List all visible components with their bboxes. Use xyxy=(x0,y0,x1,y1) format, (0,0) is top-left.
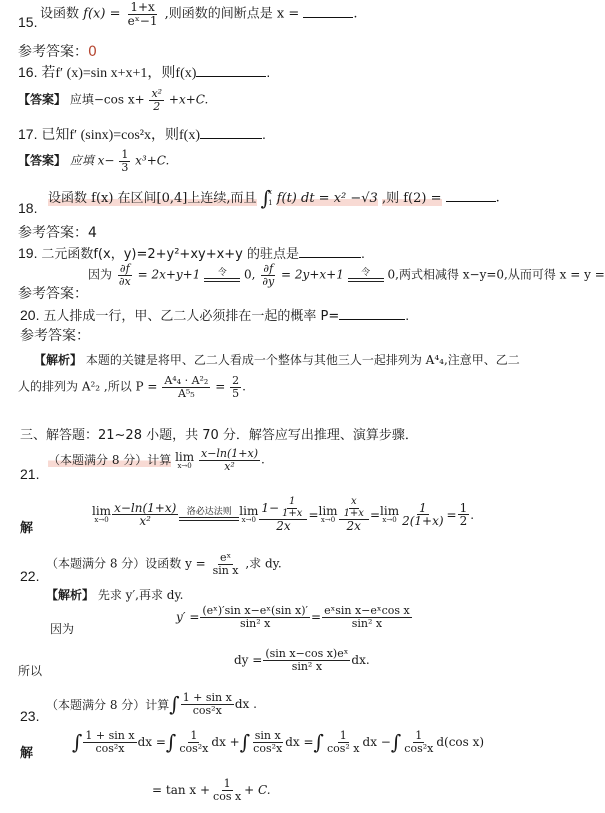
q22-dy-num: (sin x−cos x)eˣ xyxy=(263,648,350,661)
q15-answer-blank[interactable] xyxy=(303,17,353,18)
q20-p-end: . xyxy=(242,380,246,394)
q17-number: 17. xyxy=(18,126,37,142)
double-bar-icon xyxy=(179,517,239,521)
q21-s1-den: x² xyxy=(137,515,153,528)
q15-period: . xyxy=(353,7,357,22)
q23-dx-4: dx xyxy=(363,735,377,749)
q21-lim-sub: x→0 xyxy=(177,463,191,470)
q23-final-post: + C. xyxy=(244,783,270,797)
q18-text: 设函数 f(x) 在区间[0,4]上连续,而且 xyxy=(48,191,257,206)
q19-partial-x: ∂f ∂x xyxy=(117,263,133,287)
q17-answer-tag: 【答案】 xyxy=(18,154,66,168)
q18-integral: ∫ x 1 xyxy=(261,186,273,210)
q22-s2-num: eˣsin x−eˣcos x xyxy=(322,605,412,618)
q22-frac-den: sin x xyxy=(211,565,241,577)
q18-text-post: ,则 f(2) = xyxy=(382,191,442,206)
q21-result: 1 2 xyxy=(458,502,470,528)
q15-frac-num: 1+x xyxy=(128,1,156,15)
q21-fraction: x−ln(1+x) x² xyxy=(199,448,260,472)
integral-sign-icon: ∫ xyxy=(72,730,82,754)
q21-s3-lim: limx→0 xyxy=(319,505,338,524)
q22-s1-num: (eˣ)′sin x−eˣ(sin x)′ xyxy=(200,605,310,618)
q18-question: 设函数 f(x) 在区间[0,4]上连续,而且 ∫ x 1 f(t) dt = … xyxy=(48,186,500,210)
q16-question: 16. 若f′ (x)=sin x+x+1，则f(x). xyxy=(18,62,270,82)
q21-frac-num: x−ln(1+x) xyxy=(199,448,260,461)
q18-number: 18. xyxy=(18,200,37,216)
q19-sol-pre: 因为 xyxy=(88,268,112,282)
q23-final-fraction: 1cos x xyxy=(211,778,243,802)
q17-frac-den: 3 xyxy=(119,162,130,174)
q17-answer: 【答案】 应填 x− 1 3 x³+C. xyxy=(18,149,169,173)
q21-s2-lim: limx→0 xyxy=(239,505,258,524)
q23-final-num: 1 xyxy=(222,778,233,791)
q16-answer-post: +x+C. xyxy=(169,93,208,107)
q20-p-eq: = xyxy=(215,380,225,394)
q23-final: = tan x + 1cos x + C. xyxy=(152,778,271,802)
integral-sign-icon: ∫ xyxy=(240,730,250,754)
q19-zero2: 0,两式相减得 x−y=0,从而可得 x = y = − xyxy=(388,268,605,282)
q19-d2-num: ∂f xyxy=(261,263,275,276)
q18-answer: 参考答案：4 xyxy=(18,222,97,242)
q22-dy-end: dx. xyxy=(351,653,369,667)
q21-s3-inner-num: x xyxy=(349,497,359,509)
q23-t1: 1 + sin xcos²x xyxy=(83,730,136,754)
q17-answer-post: x³+C. xyxy=(135,154,169,168)
q21-frac-den: x² xyxy=(222,461,237,473)
q20-answer-label: 参考答案： xyxy=(20,325,90,345)
q22-fraction: eˣ sin x xyxy=(211,552,241,576)
q21-s3-num: x 1+x xyxy=(339,497,369,520)
q23-t1-den: cos²x xyxy=(93,743,126,755)
q15-fx: f(x) = xyxy=(83,7,120,22)
q15-answer: 参考答案：0 xyxy=(18,41,97,61)
q22-dy-fraction: (sin x−cos x)eˣ sin² x xyxy=(263,648,350,672)
q23-number: 23. xyxy=(20,708,39,724)
q19-ling-1: 令 xyxy=(218,269,227,278)
q20-analysis-tag: 【解析】 xyxy=(34,353,82,367)
q21-limit: lim x→0 xyxy=(175,451,194,470)
double-bar-icon xyxy=(204,278,240,282)
section3-heading: 三、解答题：21~28 小题，共 70 分．解答应写出推理、演算步骤． xyxy=(20,424,418,443)
q23-t3: sin xcos²x xyxy=(251,730,284,754)
q22-analysis-text: 先求 y′,再求 dy. xyxy=(98,588,184,602)
q15-frac-den: eˣ−1 xyxy=(126,15,160,28)
q21-lim: lim xyxy=(175,451,194,463)
q16-answer: 【答案】 应填−cos x+ x² 2 +x+C. xyxy=(18,88,208,112)
q17-answer-blank[interactable] xyxy=(200,138,262,139)
q15-answer-value: 0 xyxy=(88,44,97,60)
q23-t4-num: 1 xyxy=(338,730,349,743)
q21-s2-den: 2x xyxy=(274,520,292,533)
q17-answer-fraction: 1 3 xyxy=(119,149,130,173)
q21-lim-sub-1: x→0 xyxy=(94,517,108,524)
q16-text: 若f′ (x)=sin x+x+1，则f(x) xyxy=(41,66,196,81)
q20-probability-fraction: A⁴₄ · A²₂ A⁵₅ xyxy=(162,375,210,399)
q22-dy: dy = (sin x−cos x)eˣ sin² x dx. xyxy=(234,648,370,672)
q23-eq-2: = xyxy=(303,735,313,749)
q18-answer-value: 4 xyxy=(88,225,97,241)
q19-d2-den: ∂y xyxy=(260,276,276,288)
q23-t2-num: 1 xyxy=(188,730,199,743)
q17-frac-num: 1 xyxy=(119,149,130,162)
q17-text: 已知f′ (sinx)=cos²x，则f(x) xyxy=(41,128,200,143)
q23-t2-den: cos²x xyxy=(177,743,210,755)
q23-score: （本题满分 8 分）计算 xyxy=(46,696,169,713)
q21-score: （本题满分 8 分）计算 xyxy=(48,453,171,467)
q21-s3-den: 2x xyxy=(345,520,363,533)
q23-solution-label: 解 xyxy=(20,742,33,761)
q23-end: dx . xyxy=(235,697,257,711)
q23-t5-den: cos²x xyxy=(402,743,435,755)
q23-frac-den: cos²x xyxy=(191,705,224,717)
q20-analysis-line1: 本题的关键是将甲、乙二人看成一个整体与其他三人一起排列为 A⁴₄,注意甲、乙二 xyxy=(86,353,520,367)
q23-t4-den: cos² x xyxy=(325,743,362,755)
q21-res-den: 2 xyxy=(458,515,470,528)
q21-eq-3: = xyxy=(447,508,457,522)
q19-solution: 因为 ∂f ∂x = 2x+y+1 令 0, ∂f ∂y = 2y+x+1 令 … xyxy=(88,263,605,287)
q21-s2-inner-num: 1 xyxy=(287,497,297,509)
q22-number: 22. xyxy=(20,568,39,584)
q23-t3-den: cos²x xyxy=(251,743,284,755)
q20-answer-blank[interactable] xyxy=(339,319,405,320)
q21-s1-lim: limx→0 xyxy=(92,505,111,524)
q21-s2-inner: 1 1+x xyxy=(280,497,304,519)
q21-s2-num: 1− 1 1+x xyxy=(259,497,307,520)
q21-s4-lim: limx→0 xyxy=(380,505,399,524)
q16-period: . xyxy=(266,64,270,80)
q21-eq-2: = xyxy=(370,508,380,522)
q20-text: 五人排成一行，甲、乙二人必须排在一起的概率 P= xyxy=(43,309,339,324)
q19-answer-blank[interactable] xyxy=(299,257,361,258)
q22-derivative: y′ = (eˣ)′sin x−eˣ(sin x)′ sin² x = eˣsi… xyxy=(176,605,413,629)
q15-question: 设函数 f(x) = 1+x eˣ−1 ,则函数的间断点是 x = . xyxy=(40,1,358,27)
q16-frac-num: x² xyxy=(149,88,164,101)
integral-sign-icon: ∫ xyxy=(166,730,176,754)
q21-s4-num: 1 xyxy=(417,502,429,516)
q23-plus: + xyxy=(230,735,240,749)
q19-text: 二元函数f(x，y)=2+y²+xy+x+y 的驻点是 xyxy=(41,247,299,262)
q23-t5: 1cos²x xyxy=(402,730,435,754)
q20-period: . xyxy=(405,307,409,323)
q22-s2-den: sin² x xyxy=(350,618,384,630)
q20-p-result: 2 5 xyxy=(230,375,241,399)
q23-fraction: 1 + sin x cos²x xyxy=(181,692,234,716)
integral-sign-icon: ∫ xyxy=(391,730,401,754)
q22-dy-den: sin² x xyxy=(290,661,324,673)
q21-step4: 1 2(1+x) xyxy=(400,502,445,528)
q21-lim-sub-4: x→0 xyxy=(382,517,396,524)
q18-answer-label: 参考答案： xyxy=(18,225,88,241)
q22-eq: = xyxy=(311,610,321,624)
q16-number: 16. xyxy=(18,64,37,80)
q20-analysis-line2: 人的排列为 A²₂ ,所以 P = xyxy=(18,380,158,394)
q19-question: 19. 二元函数f(x，y)=2+y²+xy+x+y 的驻点是. xyxy=(18,243,365,262)
q21-rule: 洛必达法则 xyxy=(187,508,232,517)
q21-question: （本题满分 8 分）计算 lim x→0 x−ln(1+x) x² . xyxy=(48,448,265,472)
q20-p-res-num: 2 xyxy=(230,375,241,388)
q21-s4-den: 2(1+x) xyxy=(400,515,445,528)
q15-text-post: ,则函数的间断点是 x = xyxy=(165,7,300,22)
q18-period: . xyxy=(496,191,500,206)
q16-answer-fraction: x² 2 xyxy=(149,88,164,112)
q23-t4: 1cos² x xyxy=(325,730,362,754)
q23-dcos: d(cos x) xyxy=(436,735,484,749)
q22-frac-num: eˣ xyxy=(218,552,233,565)
q21-res-num: 1 xyxy=(458,502,470,516)
q18-answer-blank[interactable] xyxy=(446,201,496,202)
q23-minus: − xyxy=(381,735,391,749)
q20-analysis: 【解析】 本题的关键是将甲、乙二人看成一个整体与其他三人一起排列为 A⁴₄,注意… xyxy=(34,351,520,368)
q21-s1-num: x−ln(1+x) xyxy=(112,502,178,516)
q19-d1-num: ∂f xyxy=(118,263,132,276)
q18-int-bounds: x 1 xyxy=(268,187,272,209)
q21-solution: limx→0 x−ln(1+x) x² 洛必达法则 limx→0 1− 1 1+… xyxy=(92,497,474,533)
q22-step2: eˣsin x−eˣcos x sin² x xyxy=(322,605,412,629)
q21-res-end: . xyxy=(470,508,474,522)
q23-t1-num: 1 + sin x xyxy=(83,730,136,743)
q19-eq1: = 2x+y+1 xyxy=(138,268,201,282)
q22-s1-den: sin² x xyxy=(238,618,272,630)
q21-s2-inner-den: 1+x xyxy=(280,509,304,520)
q16-answer-blank[interactable] xyxy=(196,76,266,77)
q18-int-upper: x xyxy=(268,187,272,198)
integral-sign-icon: ∫ xyxy=(169,692,179,716)
q22-analysis: 【解析】 先求 y′,再求 dy. xyxy=(46,586,183,603)
q20-number: 20. xyxy=(20,307,39,323)
q16-answer-tag: 【答案】 xyxy=(18,93,66,107)
q23-t3-num: sin x xyxy=(253,730,283,743)
q18-int-lower: 1 xyxy=(268,198,272,209)
q23-t2: 1cos²x xyxy=(177,730,210,754)
integral-sign-icon: ∫ xyxy=(314,730,324,754)
q19-answer-label: 参考答案： xyxy=(18,283,88,303)
q20-p-res-den: 5 xyxy=(230,388,241,400)
q23-dx-1: dx xyxy=(138,735,152,749)
q17-period: . xyxy=(262,126,266,142)
q18-integrand: f(t) dt = x² −√3 xyxy=(277,191,378,206)
q19-number: 19. xyxy=(18,245,37,261)
q19-period: . xyxy=(361,245,365,261)
q19-let-equals-1: 令 xyxy=(204,269,240,282)
q21-s2-num-top: 1− xyxy=(261,502,279,515)
q19-partial-y: ∂f ∂y xyxy=(260,263,276,287)
q22-question: （本题满分 8 分）设函数 y = eˣ sin x ,求 dy. xyxy=(46,552,282,576)
q15-text: 设函数 xyxy=(40,7,79,22)
q19-zero1: 0, xyxy=(244,268,255,282)
q23-frac-num: 1 + sin x xyxy=(181,692,234,705)
q23-final-den: cos x xyxy=(211,791,243,803)
q15-answer-label: 参考答案： xyxy=(18,44,88,60)
q17-answer-pre: 应填 x− xyxy=(70,154,115,168)
q23-solution: ∫ 1 + sin xcos²x dx = ∫ 1cos²x dx + ∫ si… xyxy=(72,730,484,754)
q20-p-num: A⁴₄ · A²₂ xyxy=(162,375,210,388)
q16-frac-den: 2 xyxy=(151,101,162,113)
q17-question: 17. 已知f′ (sinx)=cos²x，则f(x). xyxy=(18,124,266,144)
q15-number: 15. xyxy=(18,14,37,30)
q23-question: （本题满分 8 分）计算 ∫ 1 + sin x cos²x dx . xyxy=(46,692,257,716)
q15-fraction: 1+x eˣ−1 xyxy=(126,1,160,27)
q20-question: 20. 五人排成一行，甲、乙二人必须排在一起的概率 P=. xyxy=(20,305,409,324)
double-bar-icon xyxy=(348,278,384,282)
q23-final-pre: = tan x + xyxy=(152,783,210,797)
q21-end: . xyxy=(261,453,265,467)
q21-number: 21. xyxy=(20,466,39,482)
q20-p-den: A⁵₅ xyxy=(176,388,197,400)
q21-lim-sub-2: x→0 xyxy=(242,517,256,524)
q23-dx-3: dx xyxy=(285,735,299,749)
q22-because: 因为 xyxy=(50,620,74,637)
q22-analysis-tag: 【解析】 xyxy=(46,588,94,602)
q19-d1-den: ∂x xyxy=(117,276,133,288)
q19-ling-2: 令 xyxy=(361,269,370,278)
q22-yprime: y′ = xyxy=(176,610,199,624)
q21-lim-sub-3: x→0 xyxy=(321,517,335,524)
q23-eq-1: = xyxy=(156,735,166,749)
q20-analysis-2: 人的排列为 A²₂ ,所以 P = A⁴₄ · A²₂ A⁵₅ = 2 5 . xyxy=(18,375,246,399)
q19-eq2: = 2y+x+1 xyxy=(281,268,344,282)
q21-eq-1: = xyxy=(308,508,318,522)
q22-step1: (eˣ)′sin x−eˣ(sin x)′ sin² x xyxy=(200,605,310,629)
q21-step3: x 1+x 2x xyxy=(339,497,369,533)
q22-score: （本题满分 8 分）设函数 y = xyxy=(46,557,206,571)
q22-end: ,求 dy. xyxy=(245,557,281,571)
q21-s3-inner: x 1+x xyxy=(342,497,366,519)
q21-step1: x−ln(1+x) x² xyxy=(112,502,178,528)
q21-s3-inner-den: 1+x xyxy=(342,509,366,520)
q22-dy-label: dy = xyxy=(234,653,262,667)
q22-therefore: 所以 xyxy=(18,662,42,679)
q21-lhopital: 洛必达法则 xyxy=(179,508,239,521)
q21-step2: 1− 1 1+x 2x xyxy=(259,497,307,533)
q21-solution-label: 解 xyxy=(20,517,33,536)
q23-dx-2: dx xyxy=(211,735,225,749)
q16-answer-pre: 应填−cos x+ xyxy=(70,93,145,107)
q23-t5-num: 1 xyxy=(413,730,424,743)
q19-let-equals-2: 令 xyxy=(348,269,384,282)
